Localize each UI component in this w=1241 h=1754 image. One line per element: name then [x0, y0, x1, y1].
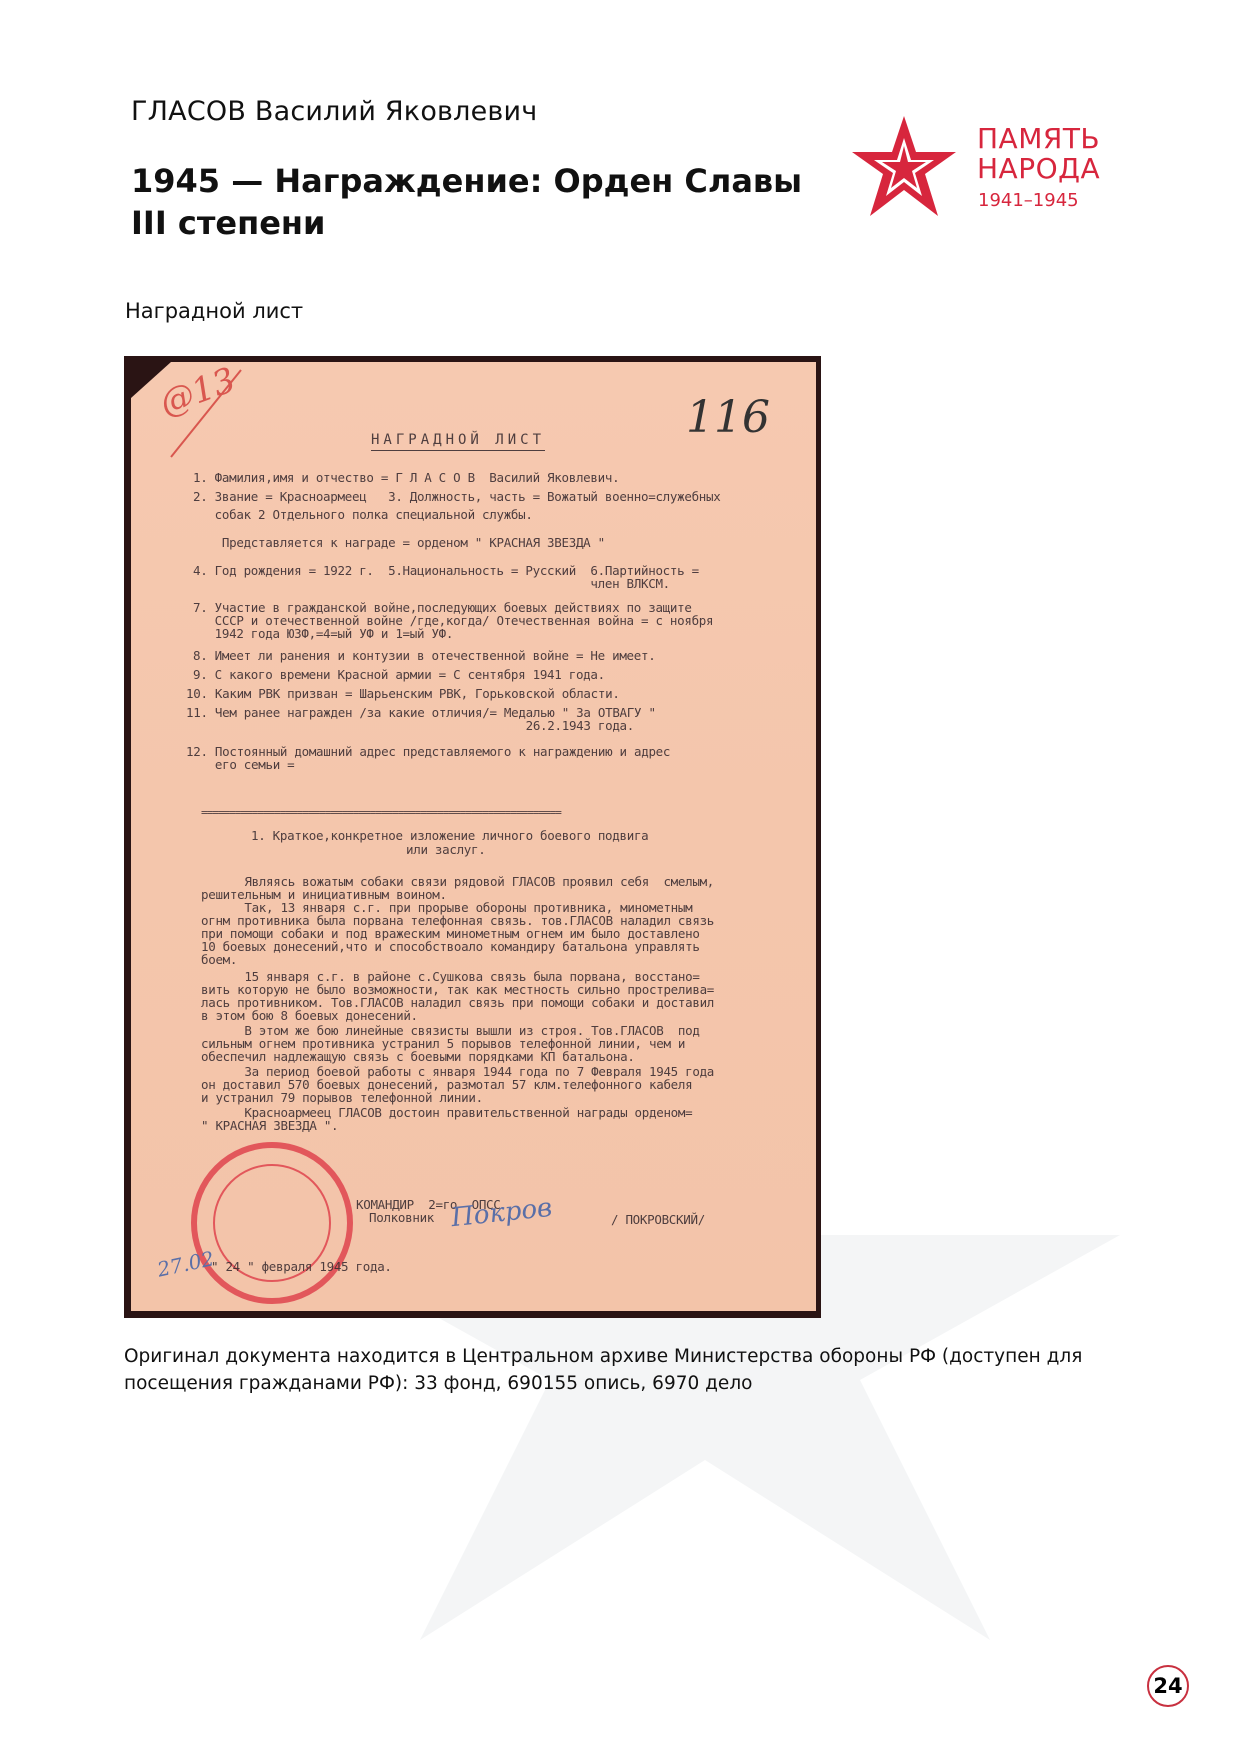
- sheet-separator: ========================================…: [201, 806, 561, 819]
- signature-name: / ПОКРОВСКИЙ/: [611, 1212, 705, 1227]
- logo-line-1: ПАМЯТЬ: [977, 124, 1100, 154]
- sheet-line: 9. С какого времени Красной армии = С се…: [193, 667, 605, 682]
- sheet-line: его семьи =: [186, 757, 294, 772]
- signature-rank: Полковник: [369, 1210, 434, 1225]
- sheet-line: член ВЛКСМ.: [193, 576, 670, 591]
- body-line: 10 боевых донесений,что и способствоало …: [201, 939, 700, 954]
- handwritten-date-note: 27.02: [155, 1246, 216, 1281]
- red-slash-mark: [151, 362, 251, 462]
- official-stamp: [191, 1142, 353, 1304]
- sheet-line: собак 2 Отдельного полка специальной слу…: [193, 507, 533, 522]
- body-line: в этом бою 8 боевых донесений.: [201, 1008, 418, 1023]
- page-number: 24: [1147, 1665, 1189, 1707]
- body-line: " КРАСНАЯ ЗВЕЗДА ".: [201, 1118, 338, 1133]
- archive-caption: Оригинал документа находится в Центральн…: [124, 1343, 1124, 1397]
- sheet-line: 2. Звание = Красноармеец 3. Должность, ч…: [193, 489, 720, 504]
- body-line: и устранил 79 порывов телефонной линии.: [201, 1090, 483, 1105]
- sheet-heading: НАГРАДНОЙ ЛИСТ: [371, 432, 545, 451]
- memory-of-people-logo: ПАМЯТЬ НАРОДА 1941–1945: [852, 116, 1122, 222]
- sheet-date: " 24 " февраля 1945 года.: [211, 1259, 392, 1274]
- award-title: 1945 — Награждение: Орден Славы III степ…: [131, 160, 811, 244]
- body-line: боем.: [201, 952, 237, 967]
- award-sheet-scan: @13 116 НАГРАДНОЙ ЛИСТ 1. Фамилия,имя и …: [124, 356, 821, 1318]
- logo-line-2: НАРОДА: [977, 154, 1100, 184]
- section-title: или заслуг.: [406, 842, 485, 857]
- red-star-icon: [852, 116, 956, 216]
- section-title: 1. Краткое,конкретное изложение личного …: [251, 828, 648, 843]
- body-line: обеспечил надлежащую связь с боевыми пор…: [201, 1049, 635, 1064]
- person-name: ГЛАСОВ Василий Яковлевич: [131, 96, 537, 127]
- sheet-line: 8. Имеет ли ранения и контузии в отечест…: [193, 648, 655, 663]
- logo-years: 1941–1945: [978, 190, 1079, 211]
- margin-note-right: 116: [686, 392, 770, 443]
- sheet-line: Представляется к награде = орденом " КРА…: [193, 535, 605, 550]
- document-label: Наградной лист: [125, 299, 303, 323]
- sheet-line: 10. Каким РВК призван = Шарьенским РВК, …: [186, 686, 620, 701]
- sheet-line: 26.2.1943 года.: [186, 718, 634, 733]
- sheet-line: 1942 года ЮЗФ,=4=ый УФ и 1=ый УФ.: [193, 626, 453, 641]
- award-sheet-paper: @13 116 НАГРАДНОЙ ЛИСТ 1. Фамилия,имя и …: [131, 362, 816, 1311]
- sheet-line: 1. Фамилия,имя и отчество = Г Л А С О В …: [193, 470, 619, 485]
